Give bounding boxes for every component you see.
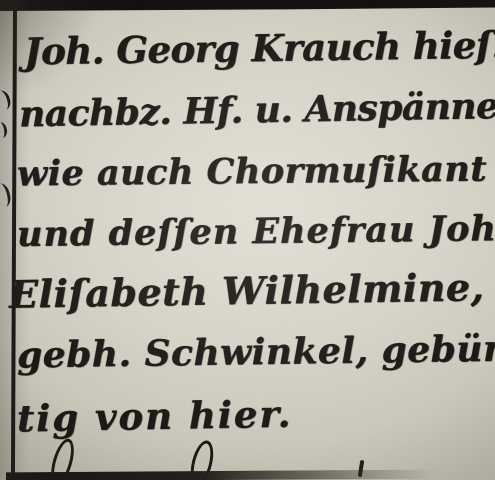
table-rule-left [11,6,17,480]
handwritten-line-2: nachbz. Hf. u. Anspänner [19,85,495,136]
handwritten-line-4: und deſſen Ehefrau Joh. [17,208,495,255]
margin-ink-mark [0,89,13,112]
handwritten-line-5: Eliſabeth Wilhelmine, [9,264,485,316]
handwritten-line-3: wie auch Chormuſikant [17,149,487,195]
margin-ink-mark [0,121,8,138]
handwritten-line-1: Joh. Georg Krauch hieſ. [24,23,495,74]
margin-ink-mark [0,182,13,208]
register-photo: Joh. Georg Krauch hieſ. nachbz. Hf. u. A… [0,0,495,480]
table-rule-top [0,0,495,12]
table-rule-bottom [6,470,436,480]
handwritten-line-7: tig von hier. [17,392,293,441]
handwritten-line-6: gebh. Schwinkel, gebür, [17,328,495,377]
